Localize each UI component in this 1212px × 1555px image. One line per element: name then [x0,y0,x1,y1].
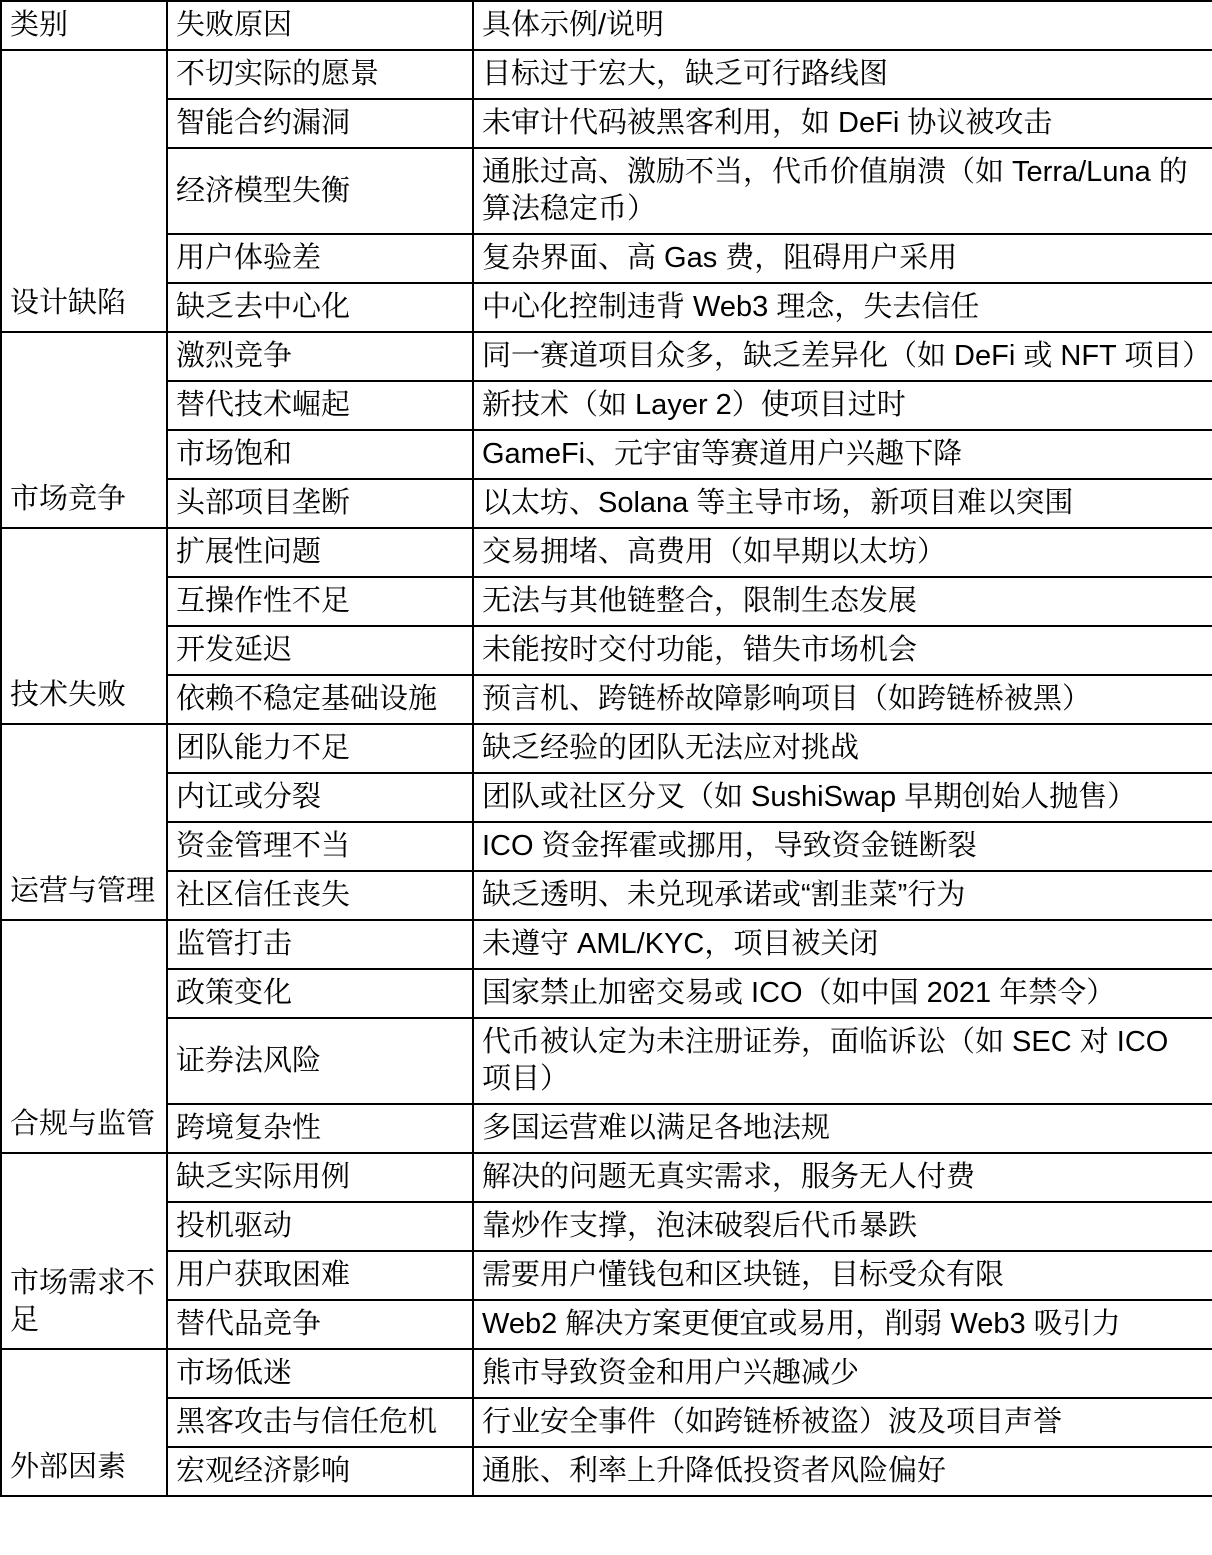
example-cell: 未遵守 AML/KYC，项目被关闭 [473,920,1212,969]
reason-cell: 扩展性问题 [167,528,473,577]
reason-cell: 开发延迟 [167,626,473,675]
reason-cell: 依赖不稳定基础设施 [167,675,473,724]
header-cell-category: 类别 [1,1,167,50]
example-cell: 靠炒作支撑，泡沫破裂后代币暴跌 [473,1202,1212,1251]
reason-cell: 缺乏去中心化 [167,283,473,332]
category-cell: 外部因素 [1,1349,167,1496]
table-row: 互操作性不足无法与其他链整合，限制生态发展 [1,577,1212,626]
reason-cell: 市场饱和 [167,430,473,479]
table-row: 头部项目垄断以太坊、Solana 等主导市场，新项目难以突围 [1,479,1212,528]
example-cell: 解决的问题无真实需求，服务无人付费 [473,1153,1212,1202]
example-cell: 以太坊、Solana 等主导市场，新项目难以突围 [473,479,1212,528]
example-cell: 未能按时交付功能，错失市场机会 [473,626,1212,675]
example-cell: 需要用户懂钱包和区块链，目标受众有限 [473,1251,1212,1300]
reason-cell: 智能合约漏洞 [167,99,473,148]
example-cell: GameFi、元宇宙等赛道用户兴趣下降 [473,430,1212,479]
reason-cell: 市场低迷 [167,1349,473,1398]
example-cell: 通胀过高、激励不当，代币价值崩溃（如 Terra/Luna 的算法稳定币） [473,148,1212,234]
example-cell: 同一赛道项目众多，缺乏差异化（如 DeFi 或 NFT 项目） [473,332,1212,381]
table-row: 用户体验差复杂界面、高 Gas 费，阻碍用户采用 [1,234,1212,283]
example-cell: 复杂界面、高 Gas 费，阻碍用户采用 [473,234,1212,283]
table-row: 投机驱动靠炒作支撑，泡沫破裂后代币暴跌 [1,1202,1212,1251]
reason-cell: 资金管理不当 [167,822,473,871]
table-row: 依赖不稳定基础设施预言机、跨链桥故障影响项目（如跨链桥被黑） [1,675,1212,724]
header-cell-reason: 失败原因 [167,1,473,50]
table-row: 外部因素市场低迷熊市导致资金和用户兴趣减少 [1,1349,1212,1398]
table-row: 开发延迟未能按时交付功能，错失市场机会 [1,626,1212,675]
table-row: 经济模型失衡通胀过高、激励不当，代币价值崩溃（如 Terra/Luna 的算法稳… [1,148,1212,234]
table-row: 跨境复杂性多国运营难以满足各地法规 [1,1104,1212,1153]
table-row: 市场竞争激烈竞争同一赛道项目众多，缺乏差异化（如 DeFi 或 NFT 项目） [1,332,1212,381]
table-row: 内讧或分裂团队或社区分叉（如 SushiSwap 早期创始人抛售） [1,773,1212,822]
table-row: 市场需求不足缺乏实际用例解决的问题无真实需求，服务无人付费 [1,1153,1212,1202]
example-cell: 交易拥堵、高费用（如早期以太坊） [473,528,1212,577]
example-cell: 代币被认定为未注册证券，面临诉讼（如 SEC 对 ICO 项目） [473,1018,1212,1104]
example-cell: 新技术（如 Layer 2）使项目过时 [473,381,1212,430]
category-cell: 合规与监管 [1,920,167,1153]
table-row: 替代品竞争Web2 解决方案更便宜或易用，削弱 Web3 吸引力 [1,1300,1212,1349]
example-cell: ICO 资金挥霍或挪用，导致资金链断裂 [473,822,1212,871]
reason-cell: 内讧或分裂 [167,773,473,822]
category-cell: 设计缺陷 [1,50,167,332]
reason-cell: 互操作性不足 [167,577,473,626]
example-cell: 目标过于宏大，缺乏可行路线图 [473,50,1212,99]
example-cell: 预言机、跨链桥故障影响项目（如跨链桥被黑） [473,675,1212,724]
category-cell: 市场需求不足 [1,1153,167,1349]
category-cell: 市场竞争 [1,332,167,528]
table-row: 缺乏去中心化中心化控制违背 Web3 理念，失去信任 [1,283,1212,332]
category-cell: 技术失败 [1,528,167,724]
example-cell: 国家禁止加密交易或 ICO（如中国 2021 年禁令） [473,969,1212,1018]
reason-cell: 替代技术崛起 [167,381,473,430]
reason-cell: 用户体验差 [167,234,473,283]
table-row: 市场饱和GameFi、元宇宙等赛道用户兴趣下降 [1,430,1212,479]
example-cell: 中心化控制违背 Web3 理念，失去信任 [473,283,1212,332]
table-row: 技术失败扩展性问题交易拥堵、高费用（如早期以太坊） [1,528,1212,577]
web3-failure-table-container: 类别 失败原因 具体示例/说明 设计缺陷不切实际的愿景目标过于宏大，缺乏可行路线… [0,0,1212,1497]
reason-cell: 证券法风险 [167,1018,473,1104]
reason-cell: 跨境复杂性 [167,1104,473,1153]
reason-cell: 投机驱动 [167,1202,473,1251]
table-row: 设计缺陷不切实际的愿景目标过于宏大，缺乏可行路线图 [1,50,1212,99]
table-row: 智能合约漏洞未审计代码被黑客利用，如 DeFi 协议被攻击 [1,99,1212,148]
example-cell: 缺乏经验的团队无法应对挑战 [473,724,1212,773]
example-cell: 无法与其他链整合，限制生态发展 [473,577,1212,626]
table-row: 用户获取困难需要用户懂钱包和区块链，目标受众有限 [1,1251,1212,1300]
table-row: 合规与监管监管打击未遵守 AML/KYC，项目被关闭 [1,920,1212,969]
example-cell: Web2 解决方案更便宜或易用，削弱 Web3 吸引力 [473,1300,1212,1349]
reason-cell: 头部项目垄断 [167,479,473,528]
reason-cell: 激烈竞争 [167,332,473,381]
reason-cell: 宏观经济影响 [167,1447,473,1496]
example-cell: 缺乏透明、未兑现承诺或“割韭菜”行为 [473,871,1212,920]
reason-cell: 政策变化 [167,969,473,1018]
example-cell: 团队或社区分叉（如 SushiSwap 早期创始人抛售） [473,773,1212,822]
reason-cell: 替代品竞争 [167,1300,473,1349]
reason-cell: 黑客攻击与信任危机 [167,1398,473,1447]
header-row: 类别 失败原因 具体示例/说明 [1,1,1212,50]
table-row: 社区信任丧失缺乏透明、未兑现承诺或“割韭菜”行为 [1,871,1212,920]
table-row: 资金管理不当ICO 资金挥霍或挪用，导致资金链断裂 [1,822,1212,871]
table-row: 宏观经济影响通胀、利率上升降低投资者风险偏好 [1,1447,1212,1496]
table-row: 替代技术崛起新技术（如 Layer 2）使项目过时 [1,381,1212,430]
reason-cell: 不切实际的愿景 [167,50,473,99]
example-cell: 行业安全事件（如跨链桥被盗）波及项目声誉 [473,1398,1212,1447]
example-cell: 未审计代码被黑客利用，如 DeFi 协议被攻击 [473,99,1212,148]
example-cell: 多国运营难以满足各地法规 [473,1104,1212,1153]
failure-table-body: 设计缺陷不切实际的愿景目标过于宏大，缺乏可行路线图智能合约漏洞未审计代码被黑客利… [1,50,1212,1496]
reason-cell: 监管打击 [167,920,473,969]
reason-cell: 社区信任丧失 [167,871,473,920]
example-cell: 熊市导致资金和用户兴趣减少 [473,1349,1212,1398]
reason-cell: 团队能力不足 [167,724,473,773]
header-cell-example: 具体示例/说明 [473,1,1212,50]
reason-cell: 用户获取困难 [167,1251,473,1300]
reason-cell: 经济模型失衡 [167,148,473,234]
category-cell: 运营与管理 [1,724,167,920]
web3-failure-table: 类别 失败原因 具体示例/说明 设计缺陷不切实际的愿景目标过于宏大，缺乏可行路线… [0,0,1212,1497]
reason-cell: 缺乏实际用例 [167,1153,473,1202]
table-row: 证券法风险代币被认定为未注册证券，面临诉讼（如 SEC 对 ICO 项目） [1,1018,1212,1104]
table-row: 运营与管理团队能力不足缺乏经验的团队无法应对挑战 [1,724,1212,773]
table-row: 黑客攻击与信任危机行业安全事件（如跨链桥被盗）波及项目声誉 [1,1398,1212,1447]
example-cell: 通胀、利率上升降低投资者风险偏好 [473,1447,1212,1496]
table-row: 政策变化国家禁止加密交易或 ICO（如中国 2021 年禁令） [1,969,1212,1018]
